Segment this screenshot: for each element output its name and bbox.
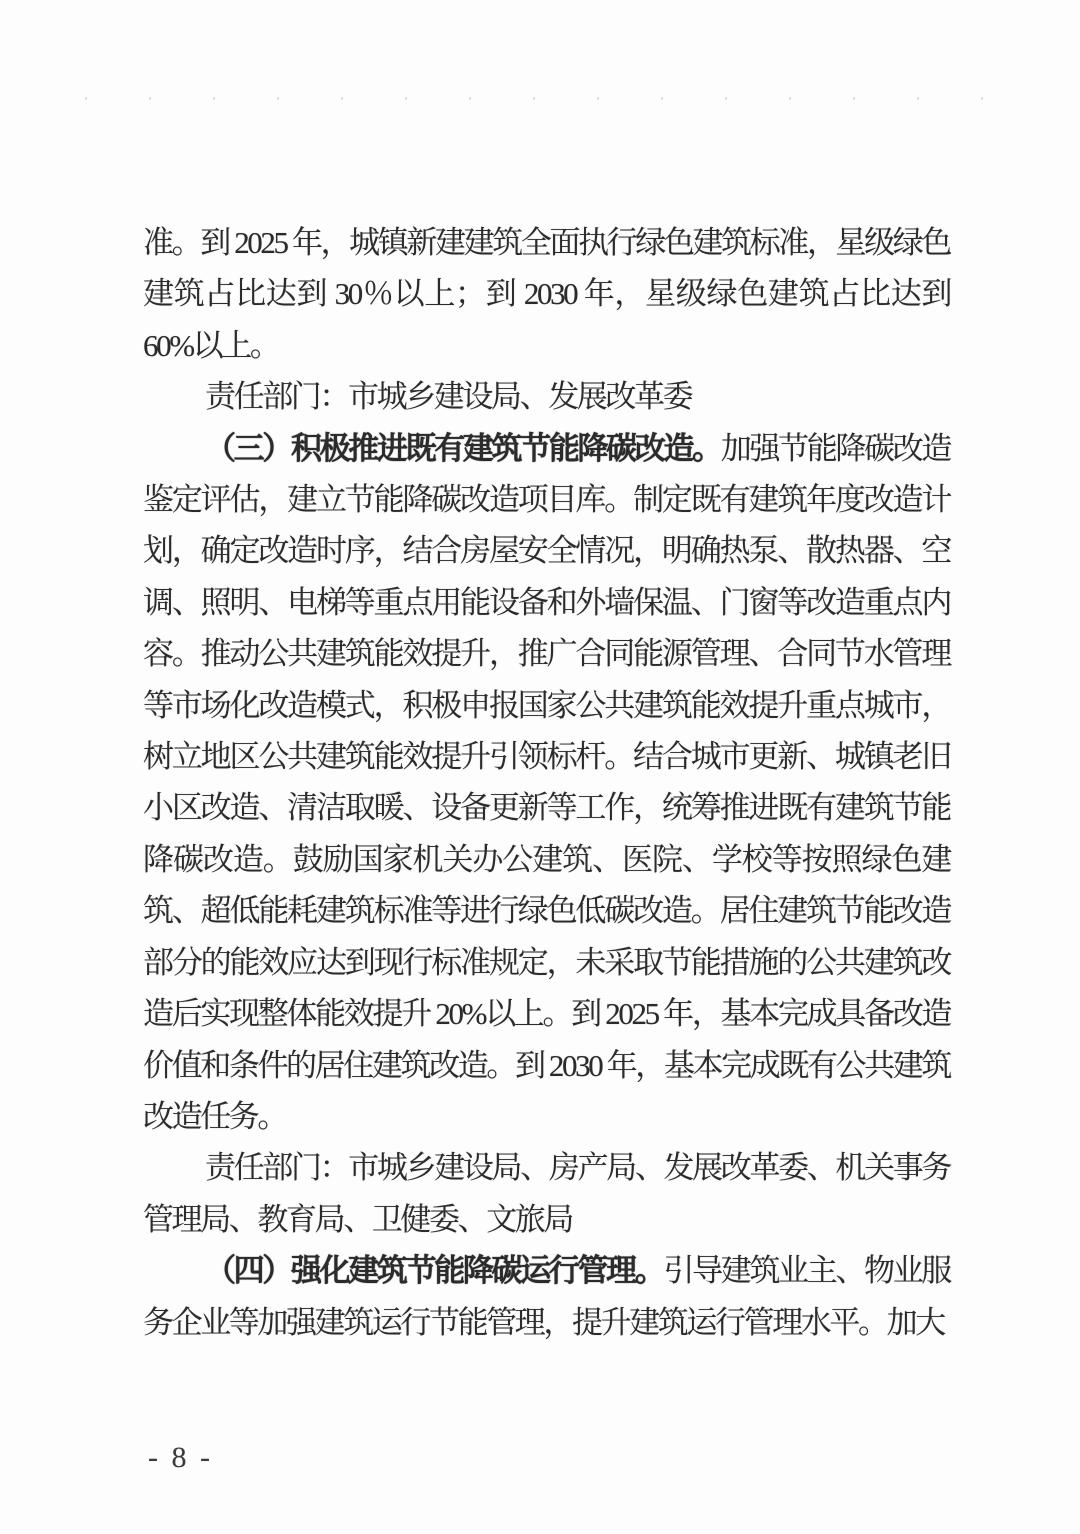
section-4-heading: （四）强化建筑节能降碳运行管理。 bbox=[205, 1253, 664, 1288]
section-4-paragraph: （四）强化建筑节能降碳运行管理。引导建筑业主、物业服务企业等加强建筑运行节能管理… bbox=[143, 1245, 950, 1348]
page-number: - 8 - bbox=[148, 1441, 213, 1475]
responsibility-text: 责任部门：市城乡建设局、房产局、发展改革委、机关事务管理局、教育局、卫健委、文旅… bbox=[143, 1150, 950, 1236]
responsibility-line-2: 责任部门：市城乡建设局、房产局、发展改革委、机关事务管理局、教育局、卫健委、文旅… bbox=[143, 1142, 950, 1245]
section-3-heading: （三）积极推进既有建筑节能降碳改造。 bbox=[205, 431, 721, 466]
scan-artifact-row bbox=[55, 97, 1030, 100]
document-page: 准。到 2025 年，城镇新建建筑全面执行绿色建筑标准，星级绿色建筑占比达到 3… bbox=[0, 0, 1080, 1534]
document-body: 准。到 2025 年，城镇新建建筑全面执行绿色建筑标准，星级绿色建筑占比达到 3… bbox=[143, 217, 950, 1348]
paragraph-continuation: 准。到 2025 年，城镇新建建筑全面执行绿色建筑标准，星级绿色建筑占比达到 3… bbox=[143, 217, 950, 371]
section-3-paragraph: （三）积极推进既有建筑节能降碳改造。加强节能降碳改造鉴定评估，建立节能降碳改造项… bbox=[143, 423, 950, 1143]
section-3-text: 加强节能降碳改造鉴定评估，建立节能降碳改造项目库。制定既有建筑年度改造计划，确定… bbox=[143, 431, 950, 1134]
scanned-document: { "page": { "background_color": "#fdfdfe… bbox=[0, 0, 1080, 1534]
responsibility-text: 责任部门：市城乡建设局、发展改革委 bbox=[205, 379, 691, 414]
paragraph-text: 准。到 2025 年，城镇新建建筑全面执行绿色建筑标准，星级绿色建筑占比达到 3… bbox=[143, 225, 950, 363]
responsibility-line-1: 责任部门：市城乡建设局、发展改革委 bbox=[143, 371, 950, 422]
